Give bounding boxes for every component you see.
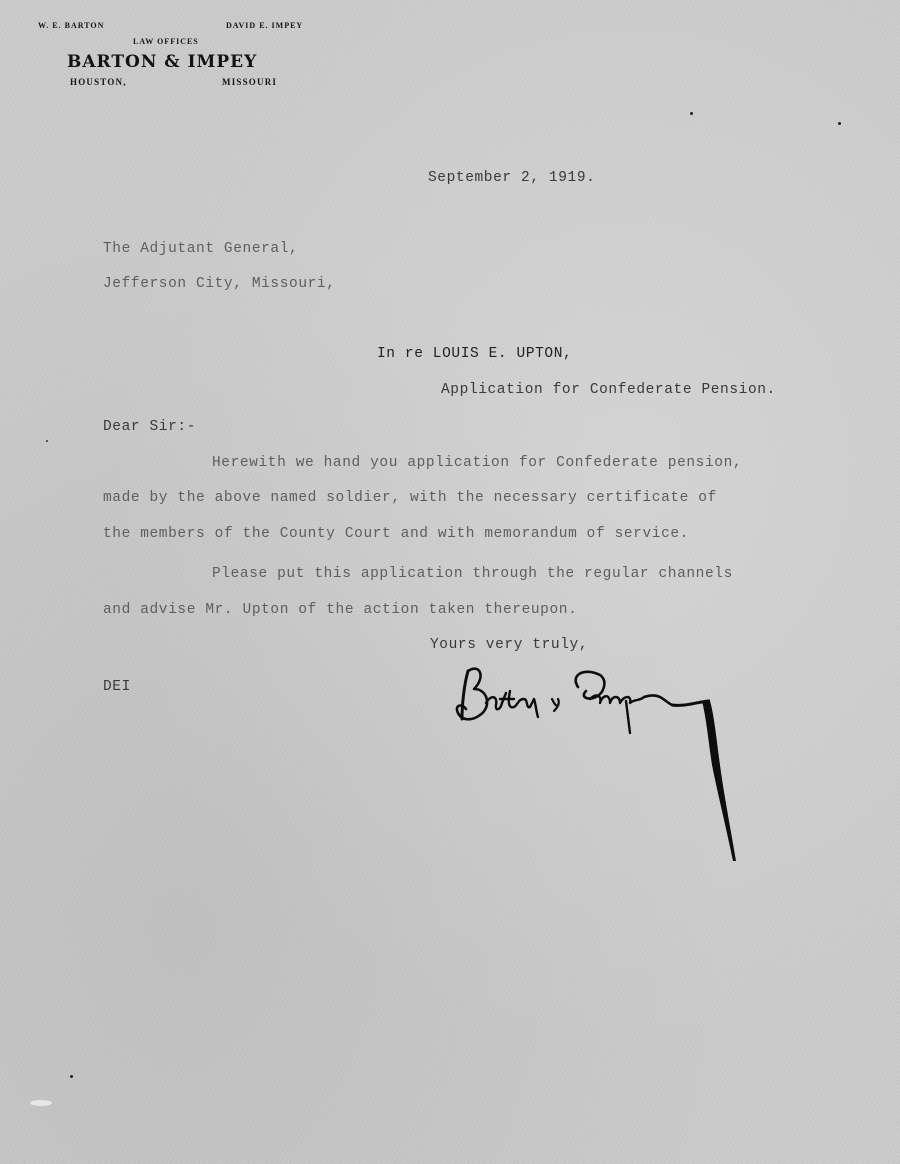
body-paragraph-2-line-2: and advise Mr. Upton of the action taken… — [103, 602, 577, 618]
letterhead-office-label: Law Offices — [133, 37, 199, 46]
letterhead-firm-name: BARTON & IMPEY — [67, 52, 257, 72]
body-paragraph-2-line-1: Please put this application through the … — [212, 566, 733, 582]
speck — [70, 1075, 73, 1078]
body-paragraph-1-line-1: Herewith we hand you application for Con… — [212, 455, 742, 471]
recipient-line-2: Jefferson City, Missouri, — [103, 276, 336, 292]
typist-initials: DEI — [103, 679, 131, 695]
body-paragraph-1-line-3: the members of the County Court and with… — [103, 526, 689, 542]
letterhead-partner-left: W. E. Barton — [38, 21, 104, 30]
letterhead-state: Missouri — [222, 77, 277, 87]
letter-date: September 2, 1919. — [428, 170, 595, 186]
salutation: Dear Sir:- — [103, 419, 196, 435]
recipient-line-1: The Adjutant General, — [103, 241, 298, 257]
letterhead-city: Houston, — [70, 77, 127, 87]
body-paragraph-1-line-2: made by the above named soldier, with th… — [103, 490, 717, 506]
paper-mark — [30, 1100, 52, 1106]
speck — [690, 112, 693, 115]
letter-page: W. E. Barton David E. Impey Law Offices … — [0, 0, 900, 1164]
signature — [440, 655, 760, 865]
speck — [46, 440, 48, 442]
speck — [838, 122, 841, 125]
subject-line-1: In re LOUIS E. UPTON, — [377, 346, 572, 362]
letterhead-partner-right: David E. Impey — [226, 21, 303, 30]
closing: Yours very truly, — [430, 637, 588, 653]
handwritten-signature-icon — [440, 655, 760, 865]
subject-line-2: Application for Confederate Pension. — [441, 382, 776, 398]
